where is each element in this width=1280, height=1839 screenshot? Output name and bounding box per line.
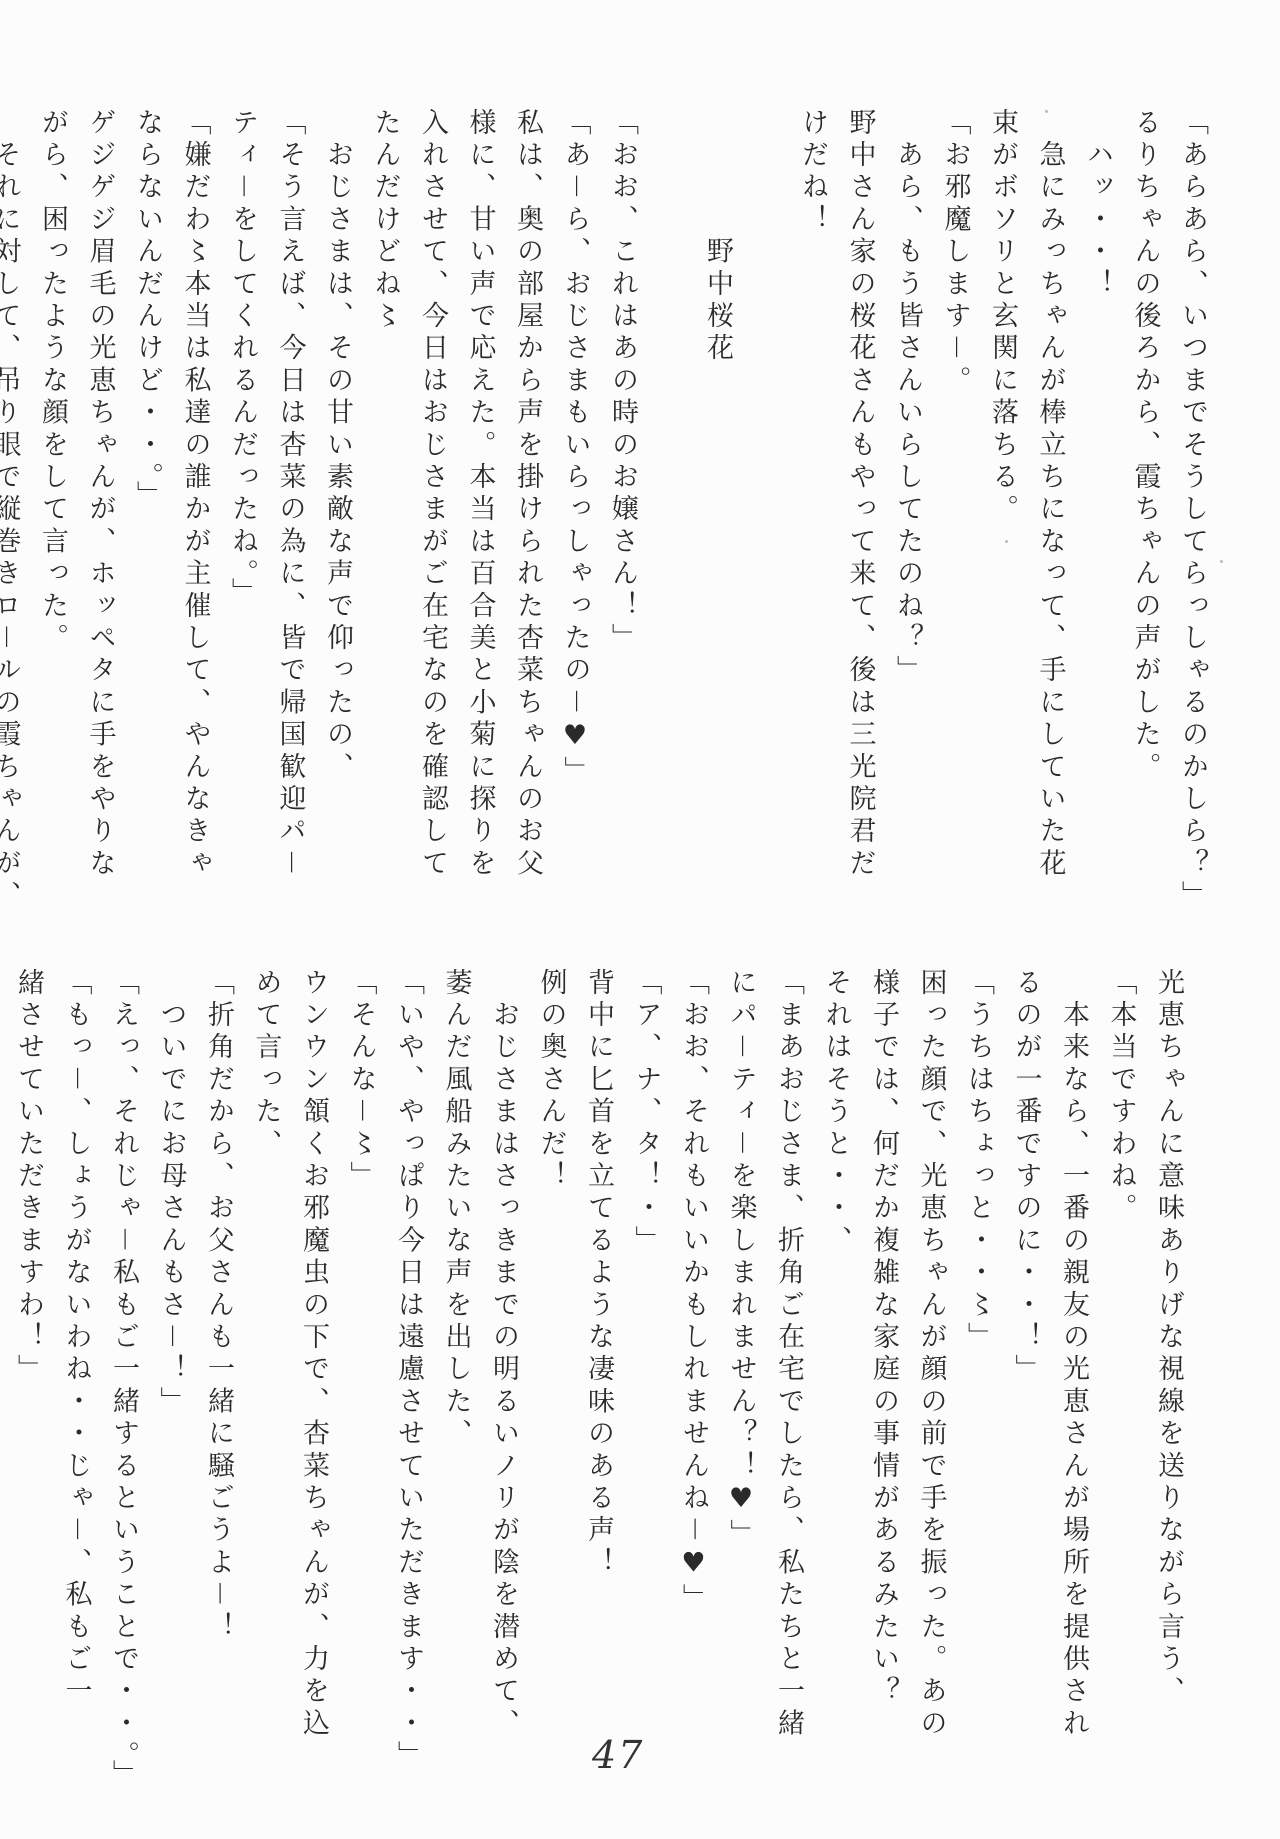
- text-line: 「お邪魔します－。: [931, 108, 979, 828]
- text-line: 「おお、これはあの時のお嬢さん！」: [599, 108, 647, 828]
- text-line: 「いや、やっぱり今日は遠慮させていただきます・・」: [385, 968, 433, 1688]
- text-line: それに対して、吊り眼で縦巻きロ－ルの霞ちゃんが、: [0, 108, 29, 828]
- text-line: ウンウン頷くお邪魔虫の下で、杏菜ちゃんが、力を込: [290, 968, 338, 1688]
- text-line: 困った顔で、光恵ちゃんが顔の前で手を振った。あの: [907, 968, 955, 1688]
- text-line: 「うちはちょっと・・〻」: [955, 968, 1003, 1688]
- text-line: 私は、奥の部屋から声を掛けられた杏菜ちゃんのお父: [504, 108, 552, 828]
- text-line: ティ－をしてくれるんだったね。」: [219, 108, 267, 828]
- text-line: にパ－ティ－を楽しまれません？！♥」: [717, 968, 765, 1688]
- text-line: るのが一番ですのに・・！」: [1002, 968, 1050, 1688]
- text-line: 「まあおじさま、折角ご在宅でしたら、私たちと一緒: [765, 968, 813, 1688]
- scan-speck: [1005, 540, 1008, 543]
- text-line: ゲジゲジ眉毛の光恵ちゃんが、ホッペタに手をやりな: [76, 108, 124, 828]
- text-line: 様子では、何だか複雑な家庭の事情があるみたい？: [860, 968, 908, 1688]
- text-line: 様に、甘い声で応えた。本当は百合美と小菊に探りを: [456, 108, 504, 828]
- text-line: 「えっ、それじゃ－私もご一緒するということで・・。」: [100, 968, 148, 1688]
- text-line: がら、困ったような顔をして言った。: [29, 108, 77, 828]
- text-line: 杏菜ちゃんのお母様て、結構可愛い顔して凄味ある〻: [0, 968, 5, 1688]
- text-line: 入れさせて、今日はおじさまがご在宅なのを確認して: [409, 108, 457, 828]
- text-line: 野中桜花: [694, 108, 742, 828]
- text-line: おじさまは、その甘い素敵な声で仰ったの、: [314, 108, 362, 828]
- scan-speck: [1220, 560, 1223, 563]
- text-line: 「本当ですわね。: [1097, 968, 1145, 1688]
- text-line: 野中さん家の桜花さんもやって来て、後は三光院君だ: [836, 108, 884, 828]
- text-line: 「ア、ナ、タ！・」: [622, 968, 670, 1688]
- text-line: けだね！: [789, 108, 837, 828]
- text-line: おじさまはさっきまでの明るいノリが陰を潜めて、: [480, 968, 528, 1688]
- text-line: 「もっ－、しょうがないわね・・じゃ－、私もご一: [52, 968, 100, 1688]
- text-line: めて言った、: [242, 968, 290, 1688]
- novel-page: 「あらあら、いつまでそうしてらっしゃるのかしら？」るりちゃんの後ろから、霞ちゃん…: [0, 0, 1280, 1839]
- text-line: それはそうと・・、: [812, 968, 860, 1688]
- text-line: 背中に匕首を立てるような凄味のある声！: [575, 968, 623, 1688]
- text-line: 「あ－ら、おじさまもいらっしゃったの－♥」: [551, 108, 599, 828]
- text-line: 「あらあら、いつまでそうしてらっしゃるのかしら？」: [1169, 108, 1217, 828]
- text-line: 例の奥さんだ！: [527, 968, 575, 1688]
- top-text-block: 「あらあら、いつまでそうしてらっしゃるのかしら？」るりちゃんの後ろから、霞ちゃん…: [0, 108, 1216, 828]
- text-line: 「折角だから、お父さんも一緒に騒ごうよ－！: [195, 968, 243, 1688]
- text-line: 緒させていただきますわ！」: [5, 968, 53, 1688]
- text-line: ついでにお母さんもさ－！」: [147, 968, 195, 1688]
- text-line: 萎んだ風船みたいな声を出した、: [432, 968, 480, 1688]
- text-line: [741, 108, 789, 828]
- page-number: 47: [592, 1733, 644, 1777]
- text-line: 「そう言えば、今日は杏菜の為に、皆で帰国歓迎パ－: [266, 108, 314, 828]
- text-line: 「そんな－〻」: [337, 968, 385, 1688]
- text-line: あら、もう皆さんいらしてたのね？」: [884, 108, 932, 828]
- text-line: ならないんだんけど・・。」: [124, 108, 172, 828]
- scan-speck: [1045, 110, 1048, 113]
- text-line: 「嫌だわ〻本当は私達の誰かが主催して、やんなきゃ: [171, 108, 219, 828]
- text-line: 「おお、それもいいかもしれませんね－♥」: [670, 968, 718, 1688]
- bottom-text-block: 光恵ちゃんに意味ありげな視線を送りながら言う、「本当ですわね。 本来なら、一番の…: [0, 968, 1192, 1688]
- text-line: るりちゃんの後ろから、霞ちゃんの声がした。: [1121, 108, 1169, 828]
- text-line: 束がボソリと玄関に落ちる。: [979, 108, 1027, 828]
- text-line: 急にみっちゃんが棒立ちになって、手にしていた花: [1026, 108, 1074, 828]
- text-line: 光恵ちゃんに意味ありげな視線を送りながら言う、: [1145, 968, 1193, 1688]
- text-line: ハッ・・！: [1074, 108, 1122, 828]
- text-line: 本来なら、一番の親友の光恵さんが場所を提供され: [1050, 968, 1098, 1688]
- text-line: たんだけどね〻: [361, 108, 409, 828]
- text-line: [646, 108, 694, 828]
